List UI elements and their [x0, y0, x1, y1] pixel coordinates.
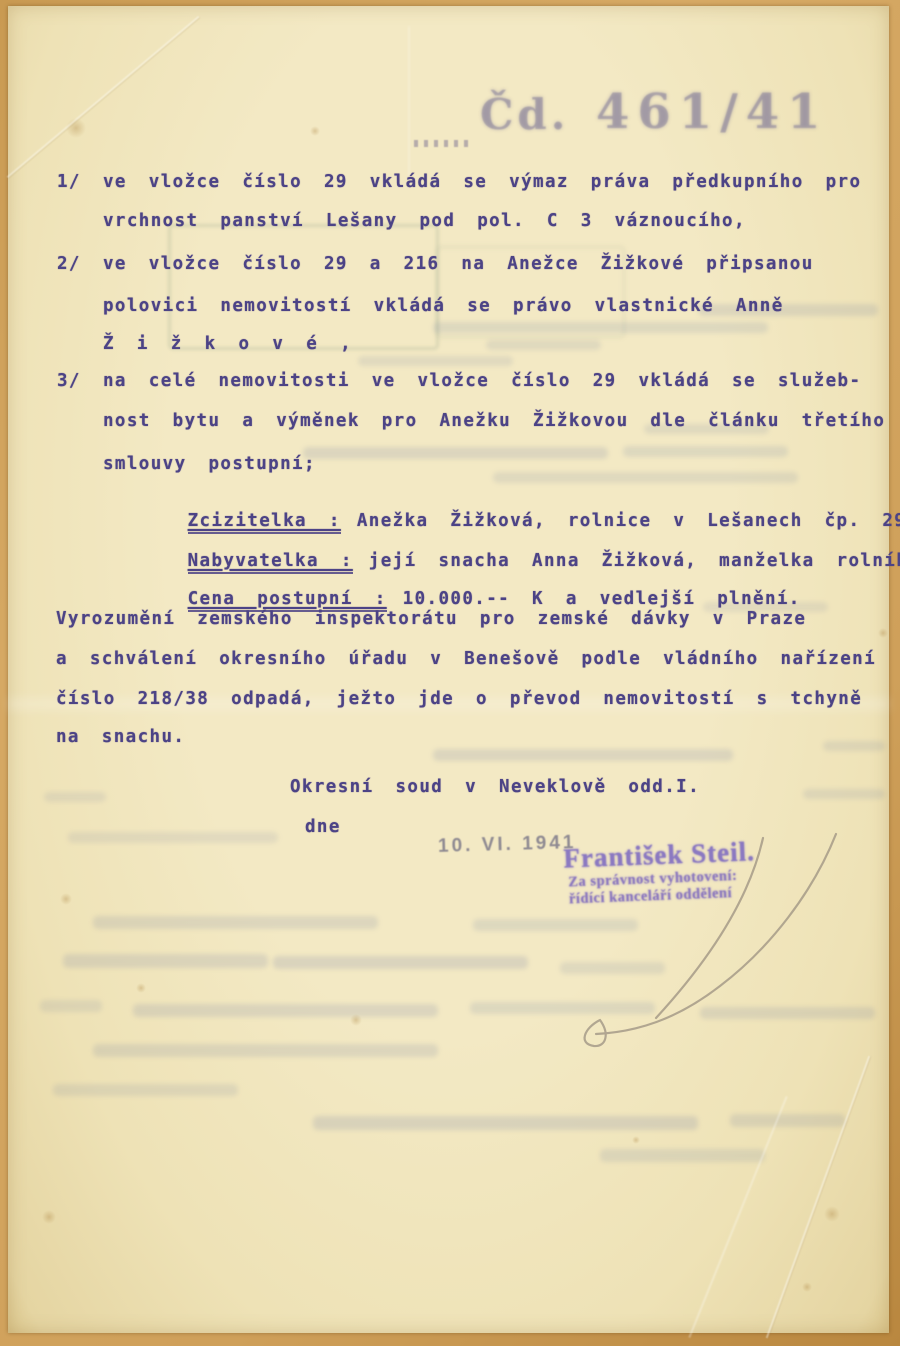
ghost-bleed-through [313, 1116, 698, 1130]
pencil-signature [8, 6, 889, 1333]
ghost-bleed-through [486, 340, 601, 350]
ghost-bleed-through [433, 322, 768, 333]
ghost-bleed-through [433, 749, 733, 761]
item-2-line: polovici nemovitostí vkládá se právo vla… [103, 296, 784, 316]
foxing-stain [310, 126, 320, 136]
court-line: Okresní soud v Neveklově odd.I. [290, 777, 700, 797]
paper-crease [766, 1056, 870, 1339]
field-value: její snacha Anna Žižková, manželka rolní… [353, 551, 900, 571]
paragraph-line: Vyrozumění zemského inspektorátu pro zem… [56, 609, 806, 629]
item-2-line: ve vložce číslo 29 a 216 na Anežce Žižko… [103, 254, 814, 274]
ghost-bleed-through [63, 954, 268, 968]
ghost-bleed-through [40, 1000, 102, 1012]
ghost-bleed-through [53, 1084, 238, 1096]
ghost-bleed-through [493, 472, 798, 483]
ghost-bleed-through [823, 741, 885, 751]
faded-marks [414, 140, 472, 147]
foxing-stain [824, 1206, 840, 1222]
item-3-line: smlouvy postupní; [103, 454, 316, 474]
item-3-line: nost bytu a výměnek pro Anežku Žižkovou … [103, 411, 885, 431]
foxing-stain [60, 893, 72, 905]
paper-crease [408, 26, 410, 176]
ghost-bleed-through [600, 1149, 765, 1162]
item-2-line: Ž i ž k o v é , [103, 334, 352, 354]
foxing-stain [42, 1210, 56, 1224]
ghost-bleed-through [93, 1044, 438, 1057]
date-label: dne [305, 817, 341, 837]
paragraph-line: na snachu. [56, 727, 185, 747]
item-2-number: 2/ [57, 254, 81, 274]
ghost-bleed-through [44, 792, 106, 802]
item-1-line: ve vložce číslo 29 vkládá se výmaz práva… [103, 172, 861, 192]
foxing-stain [66, 118, 86, 138]
paragraph-line: a schválení okresního úřadu v Benešově p… [56, 649, 876, 669]
foxing-stain [350, 1014, 362, 1026]
item-1-number: 1/ [57, 172, 81, 192]
document-page: Čd. 461/41 1/ ve vložce číslo 29 vkládá … [8, 6, 889, 1333]
paper-crease [688, 1096, 787, 1338]
reference-number: 461/41 [596, 84, 829, 140]
ghost-bleed-through [470, 1002, 655, 1014]
ghost-bleed-through [133, 1004, 438, 1017]
ghost-bleed-through [730, 1114, 845, 1127]
foxing-stain [878, 628, 888, 638]
field-value: Anežka Žižková, rolnice v Lešanech čp. 2… [341, 511, 900, 531]
foxing-stain [632, 1136, 640, 1144]
ghost-bleed-through [700, 1007, 875, 1019]
ghost-bleed-through [358, 356, 513, 366]
ghost-bleed-through [473, 919, 638, 931]
item-3-number: 3/ [57, 371, 81, 391]
paragraph-line: číslo 218/38 odpadá, ježto jde o převod … [56, 689, 862, 709]
ghost-bleed-through [273, 956, 528, 969]
foxing-stain [802, 1282, 812, 1292]
ghost-stamp-box [168, 224, 439, 350]
foxing-stain [136, 983, 146, 993]
reference-label: Čd. [480, 90, 569, 139]
scanned-document: Čd. 461/41 1/ ve vložce číslo 29 vkládá … [0, 0, 900, 1346]
item-3-line: na celé nemovitosti ve vložce číslo 29 v… [103, 371, 861, 391]
ghost-bleed-through [68, 832, 278, 843]
date-stamp: 10. VI. 1941 [438, 832, 577, 858]
ghost-bleed-through [803, 789, 885, 799]
ghost-bleed-through [560, 962, 665, 974]
item-1-line: vrchnost panství Lešany pod pol. C 3 váz… [103, 211, 746, 231]
field-value: 10.000.-- K a vedlejší plnění. [387, 589, 801, 609]
paper-crease [7, 16, 200, 178]
ghost-bleed-through [93, 916, 378, 929]
ghost-bleed-through [623, 446, 788, 457]
certification-stamp: František Steil. Za správnost vyhotovení… [563, 832, 855, 908]
ghost-bleed-through [303, 447, 608, 459]
